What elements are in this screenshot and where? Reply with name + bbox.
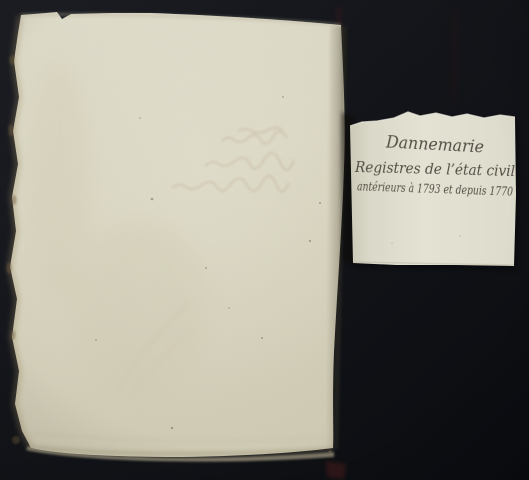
vignette-overlay xyxy=(0,0,529,480)
photo-canvas: Dannemarie Registres de l’état civil ant… xyxy=(0,0,529,480)
archival-photo: Dannemarie Registres de l’état civil ant… xyxy=(0,0,529,480)
